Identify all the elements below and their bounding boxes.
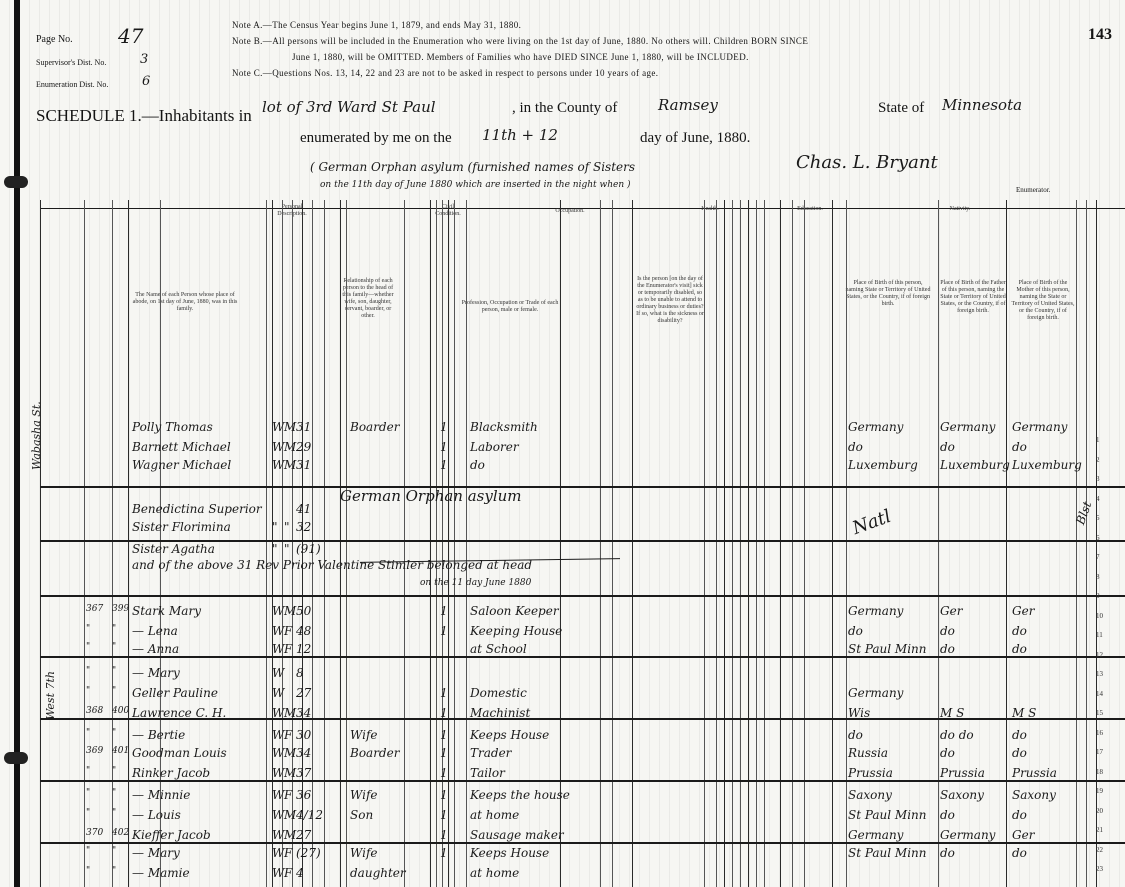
cell-single: 1 — [440, 746, 448, 760]
column-rule — [346, 200, 347, 887]
cell-dwelling: " — [86, 642, 90, 652]
cell-name: Geller Pauline — [132, 686, 218, 700]
cell-occupation: Machinist — [470, 706, 530, 720]
column-rule — [282, 200, 283, 887]
column-rule — [716, 200, 717, 887]
cell-father: do — [940, 808, 955, 822]
cell-sex: F — [284, 788, 292, 802]
cell-age: (91) — [296, 542, 321, 556]
cell-relationship: Wife — [350, 846, 378, 860]
line-number: 13 — [1096, 670, 1103, 678]
cell-father: do do — [940, 728, 974, 742]
enumerator-label: Enumerator. — [1016, 186, 1050, 194]
enumerator-signature: Chas. L. Bryant — [796, 152, 938, 173]
cell-single: 1 — [440, 828, 448, 842]
cell-name: — Mamie — [132, 866, 190, 880]
cell-name: Sister Florimina — [132, 520, 231, 534]
cell-color: W — [272, 846, 284, 860]
cell-birth: Prussia — [848, 766, 893, 780]
cell-mother: Prussia — [1012, 766, 1057, 780]
cell-occupation: Trader — [470, 746, 511, 760]
column-rule — [404, 200, 405, 887]
column-rule — [84, 200, 85, 887]
header-profession: Profession, Occupation or Trade of each … — [460, 300, 560, 314]
enumeration-number: 6 — [142, 74, 150, 89]
cell-dwelling: " — [86, 788, 90, 798]
cell-father: Germany — [940, 828, 995, 842]
cell-name: — Minnie — [132, 788, 190, 802]
cell-age: 30 — [296, 728, 311, 742]
binding-clip — [4, 176, 28, 188]
column-rule — [704, 200, 705, 887]
cell-sex: M — [284, 604, 296, 618]
cell-sex: M — [284, 766, 296, 780]
header-name: The Name of each Person whose place of a… — [130, 292, 240, 313]
cell-name: Goodman Louis — [132, 746, 227, 760]
supervisor-label: Supervisor's Dist. No. — [36, 58, 106, 67]
cell-occupation: at home — [470, 866, 519, 880]
cell-color: W — [272, 642, 284, 656]
cell-name: Rinker Jacob — [132, 766, 210, 780]
page-number: 47 — [118, 24, 143, 48]
cell-name: — Bertie — [132, 728, 185, 742]
header-birth-person: Place of Birth of this person, naming St… — [844, 280, 932, 308]
header-occupation: Occupation. — [540, 208, 600, 215]
cell-occupation: Saloon Keeper — [470, 604, 559, 618]
cell-sex: F — [284, 728, 292, 742]
cell-color: W — [272, 746, 284, 760]
column-rule — [442, 200, 443, 887]
cell-mother: do — [1012, 808, 1027, 822]
cell-age: 41 — [296, 502, 311, 516]
cell-age: 29 — [296, 440, 311, 454]
cell-occupation: Keeps House — [470, 728, 549, 742]
cell-family: " — [112, 686, 116, 696]
column-rule — [748, 200, 749, 887]
cell-color: W — [272, 420, 284, 434]
line-number: 12 — [1096, 651, 1103, 659]
cell-color: W — [272, 808, 284, 822]
cell-name: — Lena — [132, 624, 178, 638]
cell-sex: M — [284, 458, 296, 472]
column-rule — [466, 200, 467, 887]
note-b-line1: Note B.—All persons will be included in … — [232, 36, 808, 46]
cell-age: 31 — [296, 420, 311, 434]
column-rule — [1086, 200, 1087, 887]
line-number: 18 — [1096, 768, 1103, 776]
line-number: 6 — [1096, 534, 1100, 542]
column-rule — [292, 200, 293, 887]
cell-family: " — [112, 766, 116, 776]
cell-single: 1 — [440, 808, 448, 822]
cell-dwelling: " — [86, 846, 90, 856]
column-rule — [740, 200, 741, 887]
cell-age: 12 — [296, 642, 311, 656]
header-relationship: Relationship of each person to the head … — [338, 278, 398, 320]
cell-color: W — [272, 458, 284, 472]
cell-dwelling: 368 — [86, 706, 103, 716]
cell-name: — Louis — [132, 808, 181, 822]
cell-name: Wagner Michael — [132, 458, 231, 472]
cell-sex: F — [284, 642, 292, 656]
cell-occupation: at home — [470, 808, 519, 822]
enumerated-day: 11th + 12 — [482, 126, 558, 144]
supervisor-number: 3 — [140, 52, 148, 67]
cell-dwelling: " — [86, 728, 90, 738]
cell-color: W — [272, 666, 284, 680]
column-rule — [832, 200, 833, 887]
schedule-label: SCHEDULE 1.—Inhabitants in — [36, 106, 252, 126]
cell-age: 27 — [296, 686, 311, 700]
cell-single: 1 — [440, 846, 448, 860]
column-rule — [436, 200, 437, 887]
cell-single: 1 — [440, 440, 448, 454]
cell-dwelling: " — [86, 686, 90, 696]
cell-name: Sister Agatha — [132, 542, 215, 556]
column-rule — [1076, 200, 1077, 887]
cell-mother: Luxemburg — [1012, 458, 1082, 472]
column-rule — [612, 200, 613, 887]
cell-single: 1 — [440, 728, 448, 742]
cell-mother: Saxony — [1012, 788, 1056, 802]
line-number: 22 — [1096, 846, 1103, 854]
cell-single: 1 — [440, 706, 448, 720]
enumeration-label: Enumeration Dist. No. — [36, 80, 108, 89]
cell-name: Stark Mary — [132, 604, 201, 618]
cell-color: " — [272, 520, 278, 534]
cell-name: Polly Thomas — [132, 420, 213, 434]
cell-family: " — [112, 788, 116, 798]
cell-mother: Ger — [1012, 828, 1034, 842]
line-number: 23 — [1096, 865, 1103, 873]
cell-color: W — [272, 866, 284, 880]
cell-single: 1 — [440, 624, 448, 638]
section-title: German Orphan asylum — [340, 487, 522, 505]
line-number: 3 — [1096, 475, 1100, 483]
column-rule — [792, 200, 793, 887]
cell-age: 36 — [296, 788, 311, 802]
column-rule — [632, 200, 633, 887]
column-rule — [600, 200, 601, 887]
line-number: 16 — [1096, 729, 1103, 737]
cell-family: " — [112, 666, 116, 676]
column-rule — [780, 200, 781, 887]
cell-birth: do — [848, 624, 863, 638]
column-rule — [938, 200, 939, 887]
cell-sex: " — [284, 520, 290, 534]
cell-father: Luxemburg — [940, 458, 1010, 472]
cell-mother: do — [1012, 846, 1027, 860]
cell-relationship: Son — [350, 808, 373, 822]
cell-single: 1 — [440, 604, 448, 618]
cell-age: 48 — [296, 624, 311, 638]
cell-name: — Mary — [132, 666, 180, 680]
cell-occupation: Laborer — [470, 440, 519, 454]
header-nativity: Nativity. — [940, 206, 980, 213]
cell-occupation: Sausage maker — [470, 828, 564, 842]
cell-color: W — [272, 686, 284, 700]
cell-age: 4 — [296, 866, 304, 880]
cell-age: 27 — [296, 828, 311, 842]
line-number: 1 — [1096, 436, 1100, 444]
cell-age: 34 — [296, 706, 311, 720]
cell-age: 50 — [296, 604, 311, 618]
cell-occupation: Blacksmith — [470, 420, 538, 434]
line-number: 2 — [1096, 456, 1100, 464]
cell-sex: M — [284, 420, 296, 434]
cell-mother: Ger — [1012, 604, 1034, 618]
line-number: 10 — [1096, 612, 1103, 620]
cell-age: 37 — [296, 766, 311, 780]
row-rule — [40, 842, 1125, 844]
cell-color: W — [272, 828, 284, 842]
street-note-top: Wabasha St. — [30, 401, 43, 470]
cell-single: 1 — [440, 766, 448, 780]
cell-birth: St Paul Minn — [848, 846, 927, 860]
line-number: 15 — [1096, 709, 1103, 717]
cell-name: — Mary — [132, 846, 180, 860]
cell-age: 32 — [296, 520, 311, 534]
cell-color: W — [272, 728, 284, 742]
cell-occupation: Keeps the house — [470, 788, 570, 802]
cell-sex: M — [284, 828, 296, 842]
cell-family: " — [112, 846, 116, 856]
census-sheet: Page No. 47 Supervisor's Dist. No. 3 Enu… — [0, 0, 1125, 887]
cell-single: 1 — [440, 458, 448, 472]
street-note-bottom: West 7th — [44, 671, 57, 720]
column-rule — [724, 200, 725, 887]
cell-color: W — [272, 604, 284, 618]
county-value: Ramsey — [658, 96, 718, 114]
cell-family: " — [112, 728, 116, 738]
cell-relationship: Boarder — [350, 746, 399, 760]
line-number: 20 — [1096, 807, 1103, 815]
binding-clip — [4, 752, 28, 764]
row-rule — [40, 656, 1125, 658]
cell-single: 1 — [440, 420, 448, 434]
column-rule — [1006, 200, 1007, 887]
column-rule — [756, 200, 757, 887]
cell-relationship: daughter — [350, 866, 406, 880]
cell-occupation: Keeps House — [470, 846, 549, 860]
column-rule — [266, 200, 267, 887]
cell-name: and of the above 31 Rev Prior Valentine … — [132, 558, 532, 572]
cell-sex: M — [284, 706, 296, 720]
column-rule — [430, 200, 431, 887]
cell-mother: do — [1012, 624, 1027, 638]
cell-sex: F — [284, 624, 292, 638]
cell-family: " — [112, 624, 116, 634]
cell-dwelling: " — [86, 766, 90, 776]
cell-mother: do — [1012, 440, 1027, 454]
line-number: 11 — [1096, 631, 1103, 639]
cell-family: 402 — [112, 828, 129, 838]
cell-family: 401 — [112, 746, 129, 756]
line-number: 14 — [1096, 690, 1103, 698]
cell-note: on the 11 day June 1880 — [420, 578, 531, 588]
cell-age: 8 — [296, 666, 304, 680]
cell-relationship: Wife — [350, 788, 378, 802]
cell-father: do — [940, 440, 955, 454]
cell-dwelling: 370 — [86, 828, 103, 838]
cell-relationship: Boarder — [350, 420, 399, 434]
cell-color: " — [272, 542, 278, 556]
column-rule — [804, 200, 805, 887]
column-rule — [454, 200, 455, 887]
header-birth-mother: Place of Birth of the Mother of this per… — [1010, 280, 1076, 322]
cell-single: 1 — [440, 686, 448, 700]
schedule-place: lot of 3rd Ward St Paul — [262, 98, 436, 116]
cell-dwelling: 369 — [86, 746, 103, 756]
county-label: , in the County of — [512, 100, 617, 117]
cell-mother: do — [1012, 746, 1027, 760]
cell-mother: Germany — [1012, 420, 1067, 434]
cell-sex: M — [284, 808, 296, 822]
cell-family: " — [112, 866, 116, 876]
sheet-number: 143 — [1088, 26, 1112, 44]
annotation-line-1: ( German Orphan asylum (furnished names … — [310, 160, 635, 174]
cell-birth: Russia — [848, 746, 888, 760]
column-rule — [732, 200, 733, 887]
header-health-question: Is the person [on the day of the Enumera… — [636, 276, 704, 325]
enumerated-label: enumerated by me on the — [300, 130, 452, 147]
column-rule — [1096, 200, 1097, 887]
cell-mother: M S — [1012, 706, 1036, 720]
cell-dwelling: " — [86, 624, 90, 634]
note-a: Note A.—The Census Year begins June 1, 1… — [232, 20, 521, 30]
cell-sex: " — [284, 542, 290, 556]
note-b-line2: June 1, 1880, will be OMITTED. Members o… — [292, 52, 749, 62]
cell-color: W — [272, 766, 284, 780]
column-rule — [560, 200, 561, 887]
cell-sex: M — [284, 440, 296, 454]
cell-family: " — [112, 642, 116, 652]
cell-name: Barnett Michael — [132, 440, 231, 454]
verified-mark: Natl — [850, 506, 894, 539]
cell-birth: Germany — [848, 604, 903, 618]
cell-birth: do — [848, 440, 863, 454]
column-rule — [324, 200, 325, 887]
line-number: 5 — [1096, 514, 1100, 522]
state-label: State of — [878, 100, 924, 117]
line-number: 17 — [1096, 748, 1103, 756]
note-c: Note C.—Questions Nos. 13, 14, 22 and 23… — [232, 68, 658, 78]
column-rule — [340, 200, 341, 887]
cell-relationship: Wife — [350, 728, 378, 742]
cell-color: W — [272, 624, 284, 638]
cell-age: (27) — [296, 846, 321, 860]
cell-father: do — [940, 642, 955, 656]
cell-occupation: Domestic — [470, 686, 527, 700]
cell-birth: Germany — [848, 420, 903, 434]
cell-dwelling: " — [86, 866, 90, 876]
line-number: 7 — [1096, 553, 1100, 561]
cell-color: W — [272, 788, 284, 802]
annotation-line-2: on the 11th day of June 1880 which are i… — [320, 180, 631, 190]
cell-birth: St Paul Minn — [848, 808, 927, 822]
cell-occupation: at School — [470, 642, 527, 656]
cell-occupation: Keeping House — [470, 624, 562, 638]
cell-father: do — [940, 746, 955, 760]
cell-family: 400 — [112, 706, 129, 716]
cell-father: Saxony — [940, 788, 984, 802]
cell-father: Germany — [940, 420, 995, 434]
cell-color: W — [272, 706, 284, 720]
line-number: 19 — [1096, 787, 1103, 795]
cell-father: do — [940, 846, 955, 860]
line-number: 8 — [1096, 573, 1100, 581]
cell-birth: Luxemburg — [848, 458, 918, 472]
header-education: Education. — [790, 206, 830, 213]
line-number: 9 — [1096, 592, 1100, 600]
cell-age: 34 — [296, 746, 311, 760]
cell-dwelling: " — [86, 808, 90, 818]
column-rule — [40, 200, 41, 887]
cell-occupation: do — [470, 458, 485, 472]
cell-father: Ger — [940, 604, 962, 618]
cell-occupation: Tailor — [470, 766, 505, 780]
cell-sex: M — [284, 746, 296, 760]
cell-father: M S — [940, 706, 964, 720]
cell-name: Benedictina Superior — [132, 502, 262, 516]
cell-sex: F — [284, 846, 292, 860]
column-rule — [846, 200, 847, 887]
cell-father: do — [940, 624, 955, 638]
page-label: Page No. — [36, 34, 73, 45]
cell-dwelling: " — [86, 666, 90, 676]
header-birth-father: Place of Birth of the Father of this per… — [940, 280, 1006, 315]
cell-family: 399 — [112, 604, 129, 614]
column-rule — [128, 200, 129, 887]
cell-dwelling: 367 — [86, 604, 103, 614]
cell-birth: Wis — [848, 706, 870, 720]
cell-age: 4/12 — [296, 808, 323, 822]
cell-family: " — [112, 808, 116, 818]
cell-color: W — [272, 440, 284, 454]
row-rule — [40, 780, 1125, 782]
cell-name: Lawrence C. H. — [132, 706, 226, 720]
cell-name: — Anna — [132, 642, 179, 656]
column-rule — [448, 200, 449, 887]
cell-age: 31 — [296, 458, 311, 472]
line-number: 4 — [1096, 495, 1100, 503]
row-rule — [40, 595, 1125, 597]
cell-mother: do — [1012, 642, 1027, 656]
cell-birth: St Paul Minn — [848, 642, 927, 656]
cell-single: 1 — [440, 788, 448, 802]
column-rule — [764, 200, 765, 887]
cell-birth: do — [848, 728, 863, 742]
day-label: day of June, 1880. — [640, 130, 750, 147]
cell-birth: Germany — [848, 828, 903, 842]
row-rule — [40, 486, 1125, 488]
cell-father: Prussia — [940, 766, 985, 780]
state-value: Minnesota — [942, 96, 1022, 114]
cell-birth: Saxony — [848, 788, 892, 802]
cell-name: Kieffer Jacob — [132, 828, 211, 842]
cell-mother: do — [1012, 728, 1027, 742]
cell-sex: F — [284, 866, 292, 880]
column-rule — [112, 200, 113, 887]
line-number: 21 — [1096, 826, 1103, 834]
cell-birth: Germany — [848, 686, 903, 700]
